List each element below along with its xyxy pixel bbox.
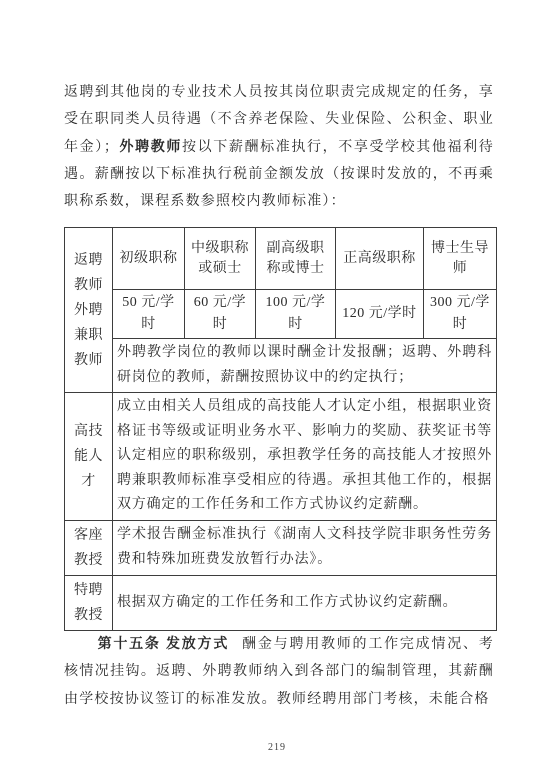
rate-cell-associate: 100 元/学时 [256,290,336,339]
document-page: 返聘到其他岗的专业技术人员按其岗位职责完成规定的任务，享受在职同类人员待遇（不含… [0,0,554,783]
table-row-high-skill: 高技能人才 成立由相关人员组成的高技能人才认定小组，根据职业资格证书等级或证明业… [65,393,497,521]
row-content-guest-professor: 学术报告酬金标准执行《湖南人文科技学院非职务性劳务费和特殊加班费发放暂行办法》。 [113,520,497,575]
rate-cell-intermediate: 60 元/学时 [185,290,256,339]
row-content-distinguished-professor: 根据双方确定的工作任务和工作方式协议约定薪酬。 [113,575,497,630]
salary-table: 返聘教师外聘兼职教师 初级职称 中级职称或硕士 副高级职称或博士 正高级职称 博… [64,227,497,631]
page-number: 219 [0,742,554,753]
intro-paragraph: 返聘到其他岗的专业技术人员按其岗位职责完成规定的任务，享受在职同类人员待遇（不含… [64,79,494,215]
table-header-row: 返聘教师外聘兼职教师 初级职称 中级职称或硕士 副高级职称或博士 正高级职称 博… [65,228,497,290]
rate-cell-full: 120 元/学时 [336,290,424,339]
teacher-note-cell: 外聘教学岗位的教师以课时酬金计发报酬；返聘、外聘科研岗位的教师，薪酬按照协议中的… [113,339,497,393]
table-header-cell-associate: 副高级职称或博士 [256,228,336,290]
intro-text-bold: 外聘教师 [119,140,182,155]
table-header-cell-intermediate: 中级职称或硕士 [185,228,256,290]
table-header-cell-doctoral-supervisor: 博士生导师 [424,228,497,290]
table-row-distinguished-professor: 特聘教授 根据双方确定的工作任务和工作方式协议约定薪酬。 [65,575,497,630]
article-15-heading: 第十五条 发放方式 [98,637,230,652]
page-content: 返聘到其他岗的专业技术人员按其岗位职责完成规定的任务，享受在职同类人员待遇（不含… [64,79,494,713]
table-row-guest-professor: 客座教授 学术报告酬金标准执行《湖南人文科技学院非职务性劳务费和特殊加班费发放暂… [65,520,497,575]
row-label-guest-professor: 客座教授 [65,520,113,575]
rate-cell-junior: 50 元/学时 [113,290,185,339]
rate-cell-doctoral-supervisor: 300 元/学时 [424,290,497,339]
row-label-distinguished-professor: 特聘教授 [65,575,113,630]
table-rate-row: 50 元/学时 60 元/学时 100 元/学时 120 元/学时 300 元/… [65,290,497,339]
row-label-high-skill: 高技能人才 [65,393,113,521]
table-group-label: 返聘教师外聘兼职教师 [65,228,113,393]
table-header-cell-junior: 初级职称 [113,228,185,290]
table-header-cell-full: 正高级职称 [336,228,424,290]
article-15-paragraph: 第十五条 发放方式酬金与聘用教师的工作完成情况、考核情况挂钩。返聘、外聘教师纳入… [64,631,494,713]
teacher-note-row: 外聘教学岗位的教师以课时酬金计发报酬；返聘、外聘科研岗位的教师，薪酬按照协议中的… [65,339,497,393]
row-content-high-skill: 成立由相关人员组成的高技能人才认定小组，根据职业资格证书等级或证明业务水平、影响… [113,393,497,521]
